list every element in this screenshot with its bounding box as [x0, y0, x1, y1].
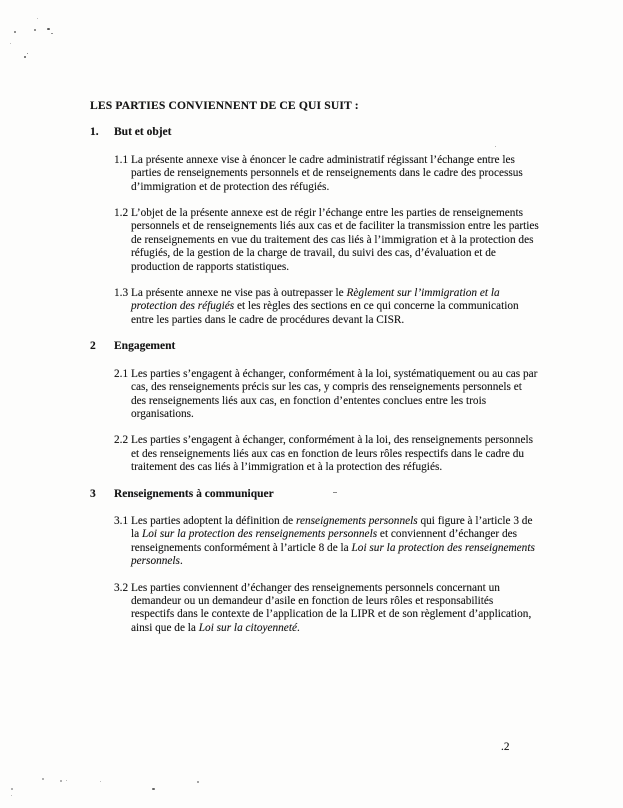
- document-page: LES PARTIES CONVIENNENT DE CE QUI SUIT :…: [0, 0, 623, 808]
- paragraph-number: 3.2: [114, 582, 131, 636]
- section-title: But et objet: [114, 126, 539, 139]
- text-run: .: [180, 555, 183, 567]
- section-number: 2: [90, 340, 114, 353]
- text-run: Les parties s’engagent à échanger, confo…: [131, 368, 537, 420]
- text-run: L’objet de la présente annexe est de rég…: [131, 207, 539, 273]
- scan-speckle: [34, 29, 36, 31]
- paragraph: 2.2Les parties s’engagent à échanger, co…: [114, 434, 539, 474]
- document-title: LES PARTIES CONVIENNENT DE CE QUI SUIT :: [90, 99, 539, 112]
- text-run: Les parties conviennent d’échanger des r…: [131, 582, 531, 634]
- scan-speckle: [24, 56, 26, 58]
- section-number: 3: [90, 488, 114, 501]
- paragraph-number: 3.1: [114, 515, 131, 569]
- text-run: La présente annexe vise à énoncer le cad…: [131, 154, 523, 193]
- paragraph-number: 1.3: [114, 287, 131, 327]
- paragraph-number: 1.2: [114, 207, 131, 274]
- paragraph-text: Les parties adoptent la définition de re…: [131, 515, 539, 569]
- section-2: 2Engagement2.1Les parties s’engagent à é…: [90, 340, 539, 474]
- paragraph-text: Les parties conviennent d’échanger des r…: [131, 582, 539, 636]
- paragraph: 3.2Les parties conviennent d’échanger de…: [114, 582, 539, 636]
- paragraph: 1.1La présente annexe vise à énoncer le …: [114, 154, 539, 194]
- scan-speckle: [10, 43, 11, 44]
- section-heading: 1.But et objet: [90, 126, 539, 139]
- scan-speckle: [100, 781, 101, 782]
- scan-speckle: [51, 33, 53, 34]
- paragraph-text: La présente annexe ne vise pas à outrepa…: [131, 287, 539, 327]
- italic-run: Loi sur la citoyenneté: [199, 622, 297, 634]
- paragraph-text: Les parties s’engagent à échanger, confo…: [131, 434, 539, 474]
- paragraph: 3.1Les parties adoptent la définition de…: [114, 515, 539, 569]
- document-content: LES PARTIES CONVIENNENT DE CE QUI SUIT :…: [90, 99, 539, 648]
- paragraph: 1.2L’objet de la présente annexe est de …: [114, 207, 539, 274]
- text-run: .: [297, 622, 300, 634]
- paragraph-number: 1.1: [114, 154, 131, 194]
- scan-speckle: [27, 53, 28, 54]
- text-run: La présente annexe ne vise pas à outrepa…: [131, 287, 347, 299]
- text-run: Les parties adoptent la définition de: [131, 515, 296, 527]
- scan-speckle: [66, 780, 67, 781]
- paragraph-number: 2.1: [114, 368, 131, 422]
- page-number: .2: [501, 741, 509, 753]
- section-3: 3Renseignements à communiquer3.1Les part…: [90, 488, 539, 636]
- section-title: Engagement: [114, 340, 539, 353]
- paragraph-text: L’objet de la présente annexe est de rég…: [131, 207, 539, 274]
- scan-speckle: [11, 788, 13, 790]
- paragraph-text: Les parties s’engagent à échanger, confo…: [131, 368, 539, 422]
- italic-run: Loi sur la protection des renseignements…: [142, 528, 377, 540]
- scan-speckle: [37, 18, 38, 19]
- text-run: Les parties s’engagent à échanger, confo…: [131, 434, 533, 473]
- section-title: Renseignements à communiquer: [114, 488, 539, 501]
- section-heading: 3Renseignements à communiquer: [90, 488, 539, 501]
- document-body: 1.But et objet1.1La présente annexe vise…: [90, 126, 539, 635]
- italic-run: renseignements personnels: [296, 515, 418, 527]
- section-number: 1.: [90, 126, 114, 139]
- scan-speckle: [60, 780, 62, 782]
- scan-speckle: [11, 795, 12, 796]
- paragraph-text: La présente annexe vise à énoncer le cad…: [131, 154, 539, 194]
- scan-speckle: [42, 778, 44, 780]
- section-1: 1.But et objet1.1La présente annexe vise…: [90, 126, 539, 327]
- scan-speckle: [47, 28, 50, 30]
- scan-speckle: [152, 788, 155, 790]
- paragraph: 1.3La présente annexe ne vise pas à outr…: [114, 287, 539, 327]
- section-heading: 2Engagement: [90, 340, 539, 353]
- paragraph-number: 2.2: [114, 434, 131, 474]
- scan-speckle: [14, 31, 16, 33]
- paragraph: 2.1Les parties s’engagent à échanger, co…: [114, 368, 539, 422]
- scan-speckle: [197, 781, 199, 783]
